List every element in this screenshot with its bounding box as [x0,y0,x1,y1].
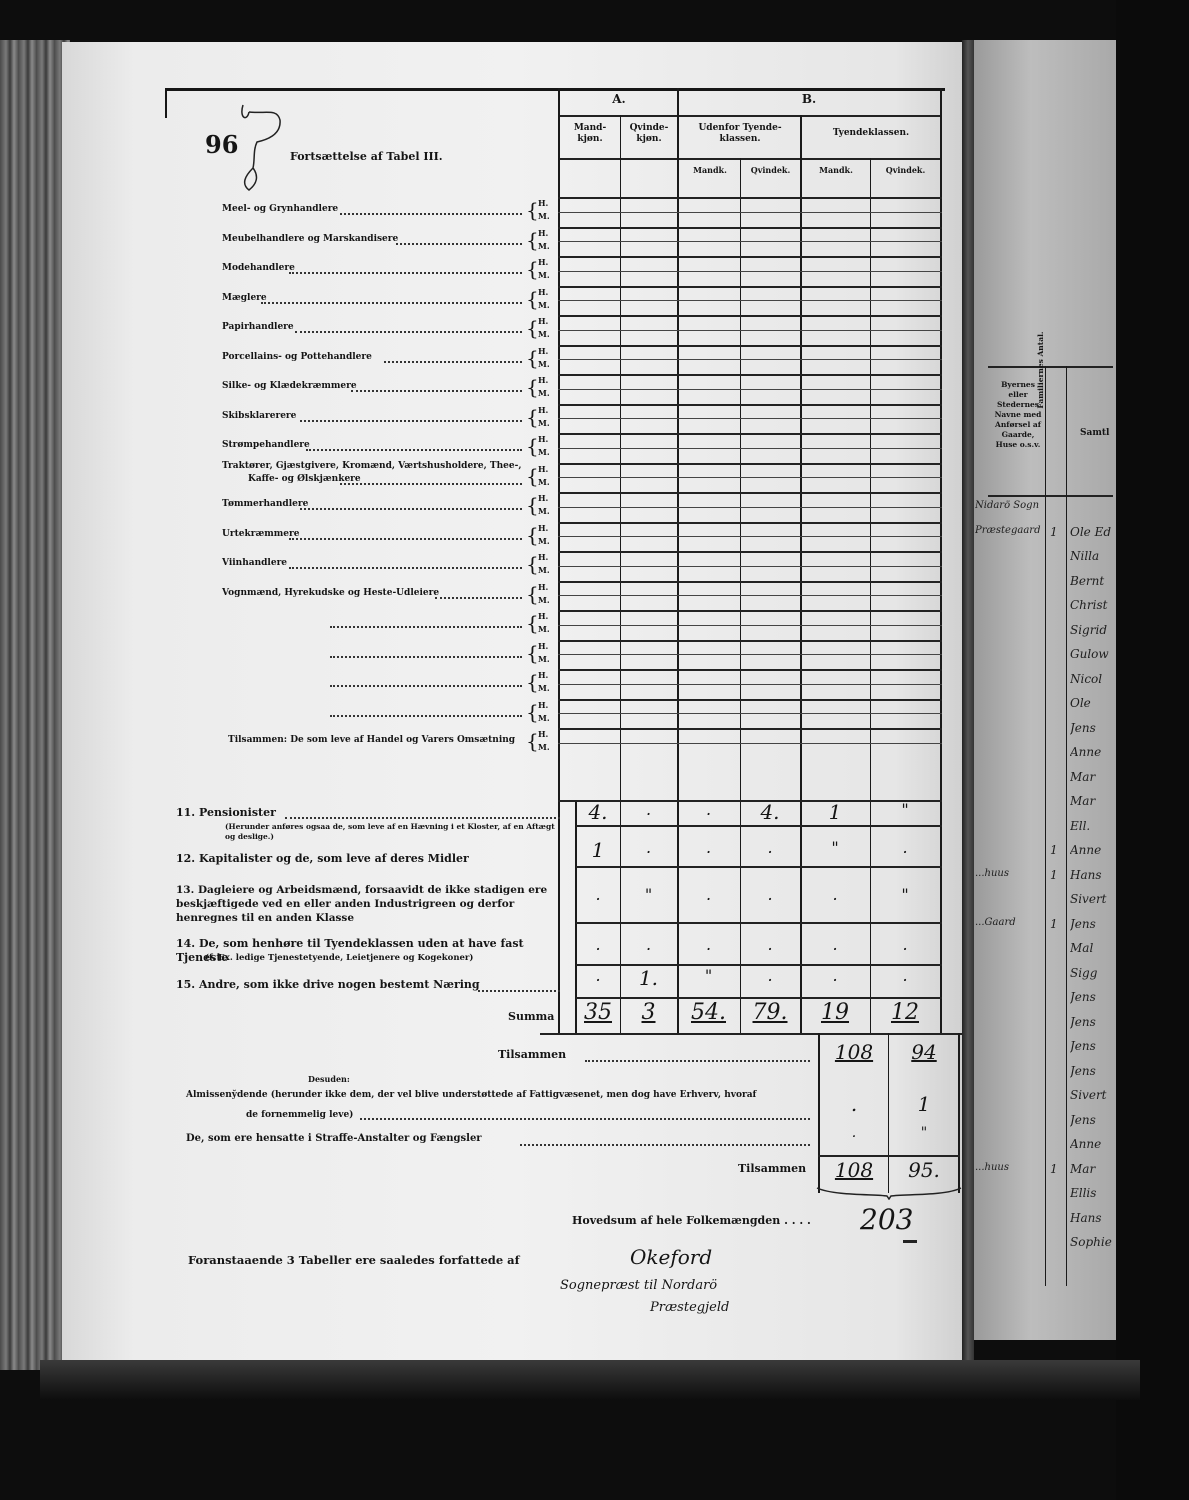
hm-label-h: H. [538,258,548,267]
hm-label-m: M. [538,419,550,428]
adjacent-person-name: Anne [1070,843,1116,857]
row-12-label: 12. Kapitalister og de, som leve af dere… [176,852,556,866]
hm-label-h: H. [538,671,548,680]
cell-value: 1 [576,838,620,862]
row-line [558,227,942,229]
adjacent-person-name: Ell. [1070,819,1116,833]
ink-scribble-mark [235,100,295,210]
adjacent-person-name: Mal [1070,941,1116,955]
adjacent-person-name: Hans [1070,1211,1116,1225]
adjacent-person-name: Bernt [1070,574,1116,588]
hm-label-h: H. [538,288,548,297]
col-line [940,88,942,1033]
cell-value: " [870,885,940,904]
cell-value: . [800,966,870,985]
summa-value: 35 [576,1000,620,1025]
leader-dots [351,390,522,392]
hm-label-m: M. [538,566,550,575]
leader-dots [289,538,522,540]
row-subline [558,684,942,685]
row-subline [558,300,942,301]
adjacent-place: ...huus [975,1162,1043,1173]
book-page-edges [0,40,70,1370]
header-qvindek-udenfor: Qvindek. [741,165,800,176]
summa-value-text: 19 [821,1000,849,1025]
row-line [558,197,942,199]
adjacent-person-name: Mar [1070,794,1116,808]
row-15-label: 15. Andre, som ikke drive nogen bestemt … [176,978,480,992]
category-label: Tømmerhandlere [222,499,308,509]
brace-icon: { [526,584,539,604]
cell-value: . [677,800,740,819]
adjacent-place: ...huus [975,868,1043,879]
brace-icon: { [526,230,539,250]
category-label: Tilsammen: De som leve af Handel og Vare… [228,735,515,745]
adjacent-person-name: Sivert [1070,1088,1116,1102]
category-label: Silke- og Klædekræmmere [222,381,357,391]
adjacent-person-name: Nilla [1070,549,1116,563]
header-mandk-tyende: Mandk. [802,165,870,176]
hm-label-m: M. [538,448,550,457]
leader-dots [295,331,522,333]
brace-icon: { [526,672,539,692]
hm-label-m: M. [538,684,550,693]
category-label: Strømpehandlere [222,440,310,450]
row-subline [558,566,942,567]
adjacent-person-name: Jens [1070,1015,1116,1029]
cell-value: . [620,800,677,819]
leader-dots [435,597,522,599]
cell-value: . [740,885,800,904]
row-subline [558,477,942,478]
hm-label-m: M. [538,537,550,546]
cell-value: . [677,885,740,904]
cell-value: . [740,935,800,954]
cell-value: . [677,935,740,954]
hovedsum-label: Hovedsum af hele Folkemængden . . . . [572,1214,811,1228]
adjacent-place: Præstegaard [975,525,1043,536]
category-label: Meubelhandlere og Marskandisere [222,234,398,244]
row-line [558,463,942,465]
hm-label-m: M. [538,655,550,664]
brace-icon: { [526,702,539,722]
hm-label-h: H. [538,553,548,562]
summa-value: 3 [620,1000,677,1025]
leader-dots [330,715,522,717]
hm-label-h: H. [538,347,548,356]
hm-label-m: M. [538,625,550,634]
adjacent-person-name: Nicol [1070,672,1116,686]
table-top-border [165,88,945,91]
signature-printed-text: Foranstaaende 3 Tabeller ere saaledes fo… [188,1253,520,1267]
leader-dots [330,626,522,628]
leader-dots [289,272,522,274]
header-mandkjon: Mand-kjøn. [562,123,618,145]
category-label: Papirhandlere [222,322,294,332]
page-subtitle: Fortsættelse af Tabel III. [290,150,443,163]
summa-value-text: 12 [891,1000,919,1025]
tilsammen-qvindek: 94 [890,1040,958,1064]
adjacent-col-line [1045,366,1046,1286]
adjacent-person-name: Jens [1070,917,1116,931]
adjacent-person-name: Ole Ed [1070,525,1116,539]
row-line [558,669,942,671]
hm-label-h: H. [538,435,548,444]
adjacent-col-line [1066,366,1067,1286]
leader-dots [289,567,522,569]
row-11-label: 11. Pensionister [176,806,276,820]
adjacent-person-name: Mar [1070,1162,1116,1176]
adjacent-header-bottom [988,495,1113,497]
row-line [576,997,942,999]
brace-icon: { [526,407,539,427]
row-line [576,825,942,827]
signature-name: Okeford [630,1245,712,1269]
totals-line [818,1155,960,1157]
adjacent-family-count: 1 [1050,1162,1058,1176]
hm-label-h: H. [538,494,548,503]
brace-icon: { [526,643,539,663]
cell-value: " [870,800,940,819]
summa-value-text: 79. [753,1000,788,1025]
header-tyendeklassen: Tyendeklassen. [802,128,940,139]
almisse-mandk: . [820,1092,888,1116]
hm-label-m: M. [538,507,550,516]
cell-value: . [800,935,870,954]
tilsammen-label: Tilsammen [498,1048,566,1062]
cell-value: . [620,935,677,954]
row-line [558,610,942,612]
hm-label-h: H. [538,730,548,739]
hovedsum-value: 203 [860,1203,913,1236]
adjacent-person-name: Sigrid [1070,623,1116,637]
cell-value: . [800,885,870,904]
brace-icon: { [526,495,539,515]
totals-line [958,1033,960,1193]
row-subline [558,743,942,744]
adjacent-person-name: Jens [1070,1039,1116,1053]
hm-label-m: M. [538,301,550,310]
row-subline [558,536,942,537]
row-subline [558,625,942,626]
hm-label-m: M. [538,242,550,251]
adjacent-person-name: Hans [1070,868,1116,882]
signature-parish: Præstegjeld [650,1300,729,1315]
brace-icon: { [526,525,539,545]
hm-label-h: H. [538,465,548,474]
row-line [558,728,942,730]
brace-icon: { [526,466,539,486]
adjacent-person-name: Mar [1070,770,1116,784]
row-line [540,1033,962,1035]
adjacent-person-name: Anne [1070,1137,1116,1151]
row-line [558,522,942,524]
cell-value: . [576,935,620,954]
adjacent-person-name: Jens [1070,990,1116,1004]
adjacent-person-name: Sigg [1070,966,1116,980]
adjacent-person-name: Ellis [1070,1186,1116,1200]
header-qvindek-tyende: Qvindek. [871,165,940,176]
row-line [558,374,942,376]
summa-value: 79. [740,1000,800,1025]
header-qvindekjon: Qvinde-kjøn. [621,123,677,145]
tilsammen2-label: Tilsammen [738,1162,806,1176]
row-line [558,433,942,435]
header-divider [558,158,942,160]
adjacent-person-name: Ole [1070,696,1116,710]
leader-dots [300,508,522,510]
hm-label-h: H. [538,376,548,385]
cell-value: . [740,966,800,985]
hm-label-h: H. [538,642,548,651]
brace-icon: { [526,377,539,397]
brace-icon: { [526,348,539,368]
adjacent-person-name: Jens [1070,721,1116,735]
adjacent-header-names: Samtl [1080,428,1109,438]
straffe-qvindek: " [890,1125,958,1141]
adjacent-person-name: Sivert [1070,892,1116,906]
adjacent-header-top [988,366,1113,368]
underline-mark [903,1240,917,1243]
book-gutter [962,40,974,1370]
cell-value: . [576,885,620,904]
scan-border-right [1116,0,1189,1500]
row-subline [558,212,942,213]
hm-label-h: H. [538,612,548,621]
row-line [558,256,942,258]
category-label: Skibsklarerere [222,411,296,421]
row-subline [558,713,942,714]
straffe-label: De, som ere hensatte i Straffe-Anstalter… [186,1132,482,1146]
cell-value: . [620,838,677,857]
row-subline [558,271,942,272]
row-line [558,345,942,347]
brace-icon: { [526,259,539,279]
header-mandk-udenfor: Mandk. [680,165,740,176]
row-subline [558,654,942,655]
row-subline [558,359,942,360]
row-line [558,699,942,701]
row-13-label: 13. Dagleiere og Arbeidsmænd, forsaavidt… [176,883,561,925]
row-line [558,640,942,642]
leader-dots [396,243,522,245]
hm-label-h: H. [538,524,548,533]
almisse-label-2: de fornemmelig leve) [246,1110,353,1120]
row-11-note: (Herunder anføres ogsaa de, som leve af … [225,822,560,842]
leader-dots [300,420,522,422]
brace-icon: { [526,318,539,338]
cell-value: " [800,838,870,857]
signature-title: Sognepræst til Nordarö [560,1278,717,1293]
adjacent-person-name: Gulow [1070,647,1116,661]
row-line [558,286,942,288]
leader-dots [285,817,560,819]
hm-label-m: M. [538,478,550,487]
leader-dots [340,483,522,485]
cell-value: 4. [740,800,800,824]
category-label: Traktører, Gjæstgivere, Kromænd, Værtshu… [222,461,521,471]
brace-icon: { [526,289,539,309]
hm-label-h: H. [538,229,548,238]
cell-value: . [870,966,940,985]
category-label: Vognmænd, Hyrekudske og Heste-Udleiere [222,588,439,598]
summa-value-text: 35 [584,1000,612,1025]
hm-label-h: H. [538,406,548,415]
hm-label-m: M. [538,360,550,369]
cell-value: 4. [576,800,620,824]
row-subline [558,389,942,390]
hm-label-m: M. [538,212,550,221]
adjacent-person-name: Christ [1070,598,1116,612]
adjacent-header-families: Familiernes Antal. [1036,320,1046,420]
category-label: Porcellains- og Pottehandlere [222,352,372,362]
cell-value: . [870,838,940,857]
leader-dots [585,1060,810,1062]
almisse-qvindek: 1 [890,1092,958,1116]
category-label: Urtekræmmere [222,529,299,539]
row-line [558,581,942,583]
leader-dots [384,361,522,363]
leader-dots [330,656,522,658]
leader-dots [261,302,522,304]
leader-dots [478,990,560,992]
brace-icon: { [526,436,539,456]
straffe-mandk: . [820,1125,888,1141]
adjacent-person-name: Sophie [1070,1235,1116,1249]
summa-value-text: 54. [691,1000,726,1025]
row-line [576,866,942,868]
tilsammen2-mandk: 108 [820,1158,888,1182]
adjacent-family-count: 1 [1050,525,1058,539]
adjacent-person-name: Anne [1070,745,1116,759]
hm-label-m: M. [538,743,550,752]
hm-label-m: M. [538,596,550,605]
row-subline [558,448,942,449]
header-group-a: A. [560,92,678,106]
row-subline [558,595,942,596]
brace-icon: { [526,200,539,220]
row-subline [558,418,942,419]
hm-label-h: H. [538,317,548,326]
adjacent-place: ...Gaard [975,917,1043,928]
leader-dots [360,1118,810,1120]
header-divider [558,115,942,117]
cell-value: . [740,838,800,857]
summa-value-text: 3 [642,1000,656,1025]
adjacent-family-count: 1 [1050,843,1058,857]
cell-value: " [677,966,740,985]
desuden-label: Desuden: [308,1074,350,1084]
hm-label-m: M. [538,389,550,398]
summa-label: Summa [508,1010,554,1024]
leader-dots [520,1144,810,1146]
leader-dots [340,213,522,215]
almisse-label: Almisseny̆dende (herunder ikke dem, der … [186,1090,816,1100]
row-line [558,404,942,406]
summa-value: 54. [677,1000,740,1025]
header-udenfor-tyendeklassen: Udenfor Tyende-klassen. [680,123,800,145]
tilsammen-mandk: 108 [820,1040,888,1064]
brace-icon: { [526,731,539,751]
hm-label-m: M. [538,330,550,339]
row-line [558,551,942,553]
hm-label-h: H. [538,199,548,208]
page-number: 96 [205,130,238,159]
tilsammen2-qvindek: 95. [890,1158,958,1182]
scan-border-bottom [40,1360,1140,1400]
category-label: Meel- og Grynhandlere [222,204,338,214]
category-label: Modehandlere [222,263,295,273]
row-subline [558,330,942,331]
adjacent-family-count: 1 [1050,868,1058,882]
table-left-border [165,88,167,118]
row-subline [558,507,942,508]
totals-brace [815,1186,963,1200]
row-line [558,315,942,317]
row-subline [558,241,942,242]
cell-value: " [620,885,677,904]
brace-icon: { [526,613,539,633]
cell-value: 1 [800,800,870,824]
leader-dots [306,449,522,451]
adjacent-place: Nidarö Sogn [975,500,1043,511]
hm-label-m: M. [538,714,550,723]
summa-value: 12 [870,1000,940,1025]
cell-value: . [870,935,940,954]
row-14-note: (f. Ex. ledige Tjenestetyende, Leietjene… [205,953,473,963]
hm-label-h: H. [538,583,548,592]
adjacent-person-name: Jens [1070,1113,1116,1127]
category-label: Viinhandlere [222,558,287,568]
adjacent-person-name: Jens [1070,1064,1116,1078]
row-line [558,492,942,494]
hm-label-m: M. [538,271,550,280]
cell-value: . [576,966,620,985]
cell-value: . [677,838,740,857]
row-line [576,922,942,924]
cell-value: 1. [620,966,677,990]
brace-icon: { [526,554,539,574]
header-group-b: B. [678,92,940,106]
category-label: Mæglere [222,293,267,303]
adjacent-family-count: 1 [1050,917,1058,931]
hm-label-h: H. [538,701,548,710]
totals-line [888,1033,889,1193]
leader-dots [330,685,522,687]
summa-value: 19 [800,1000,870,1025]
